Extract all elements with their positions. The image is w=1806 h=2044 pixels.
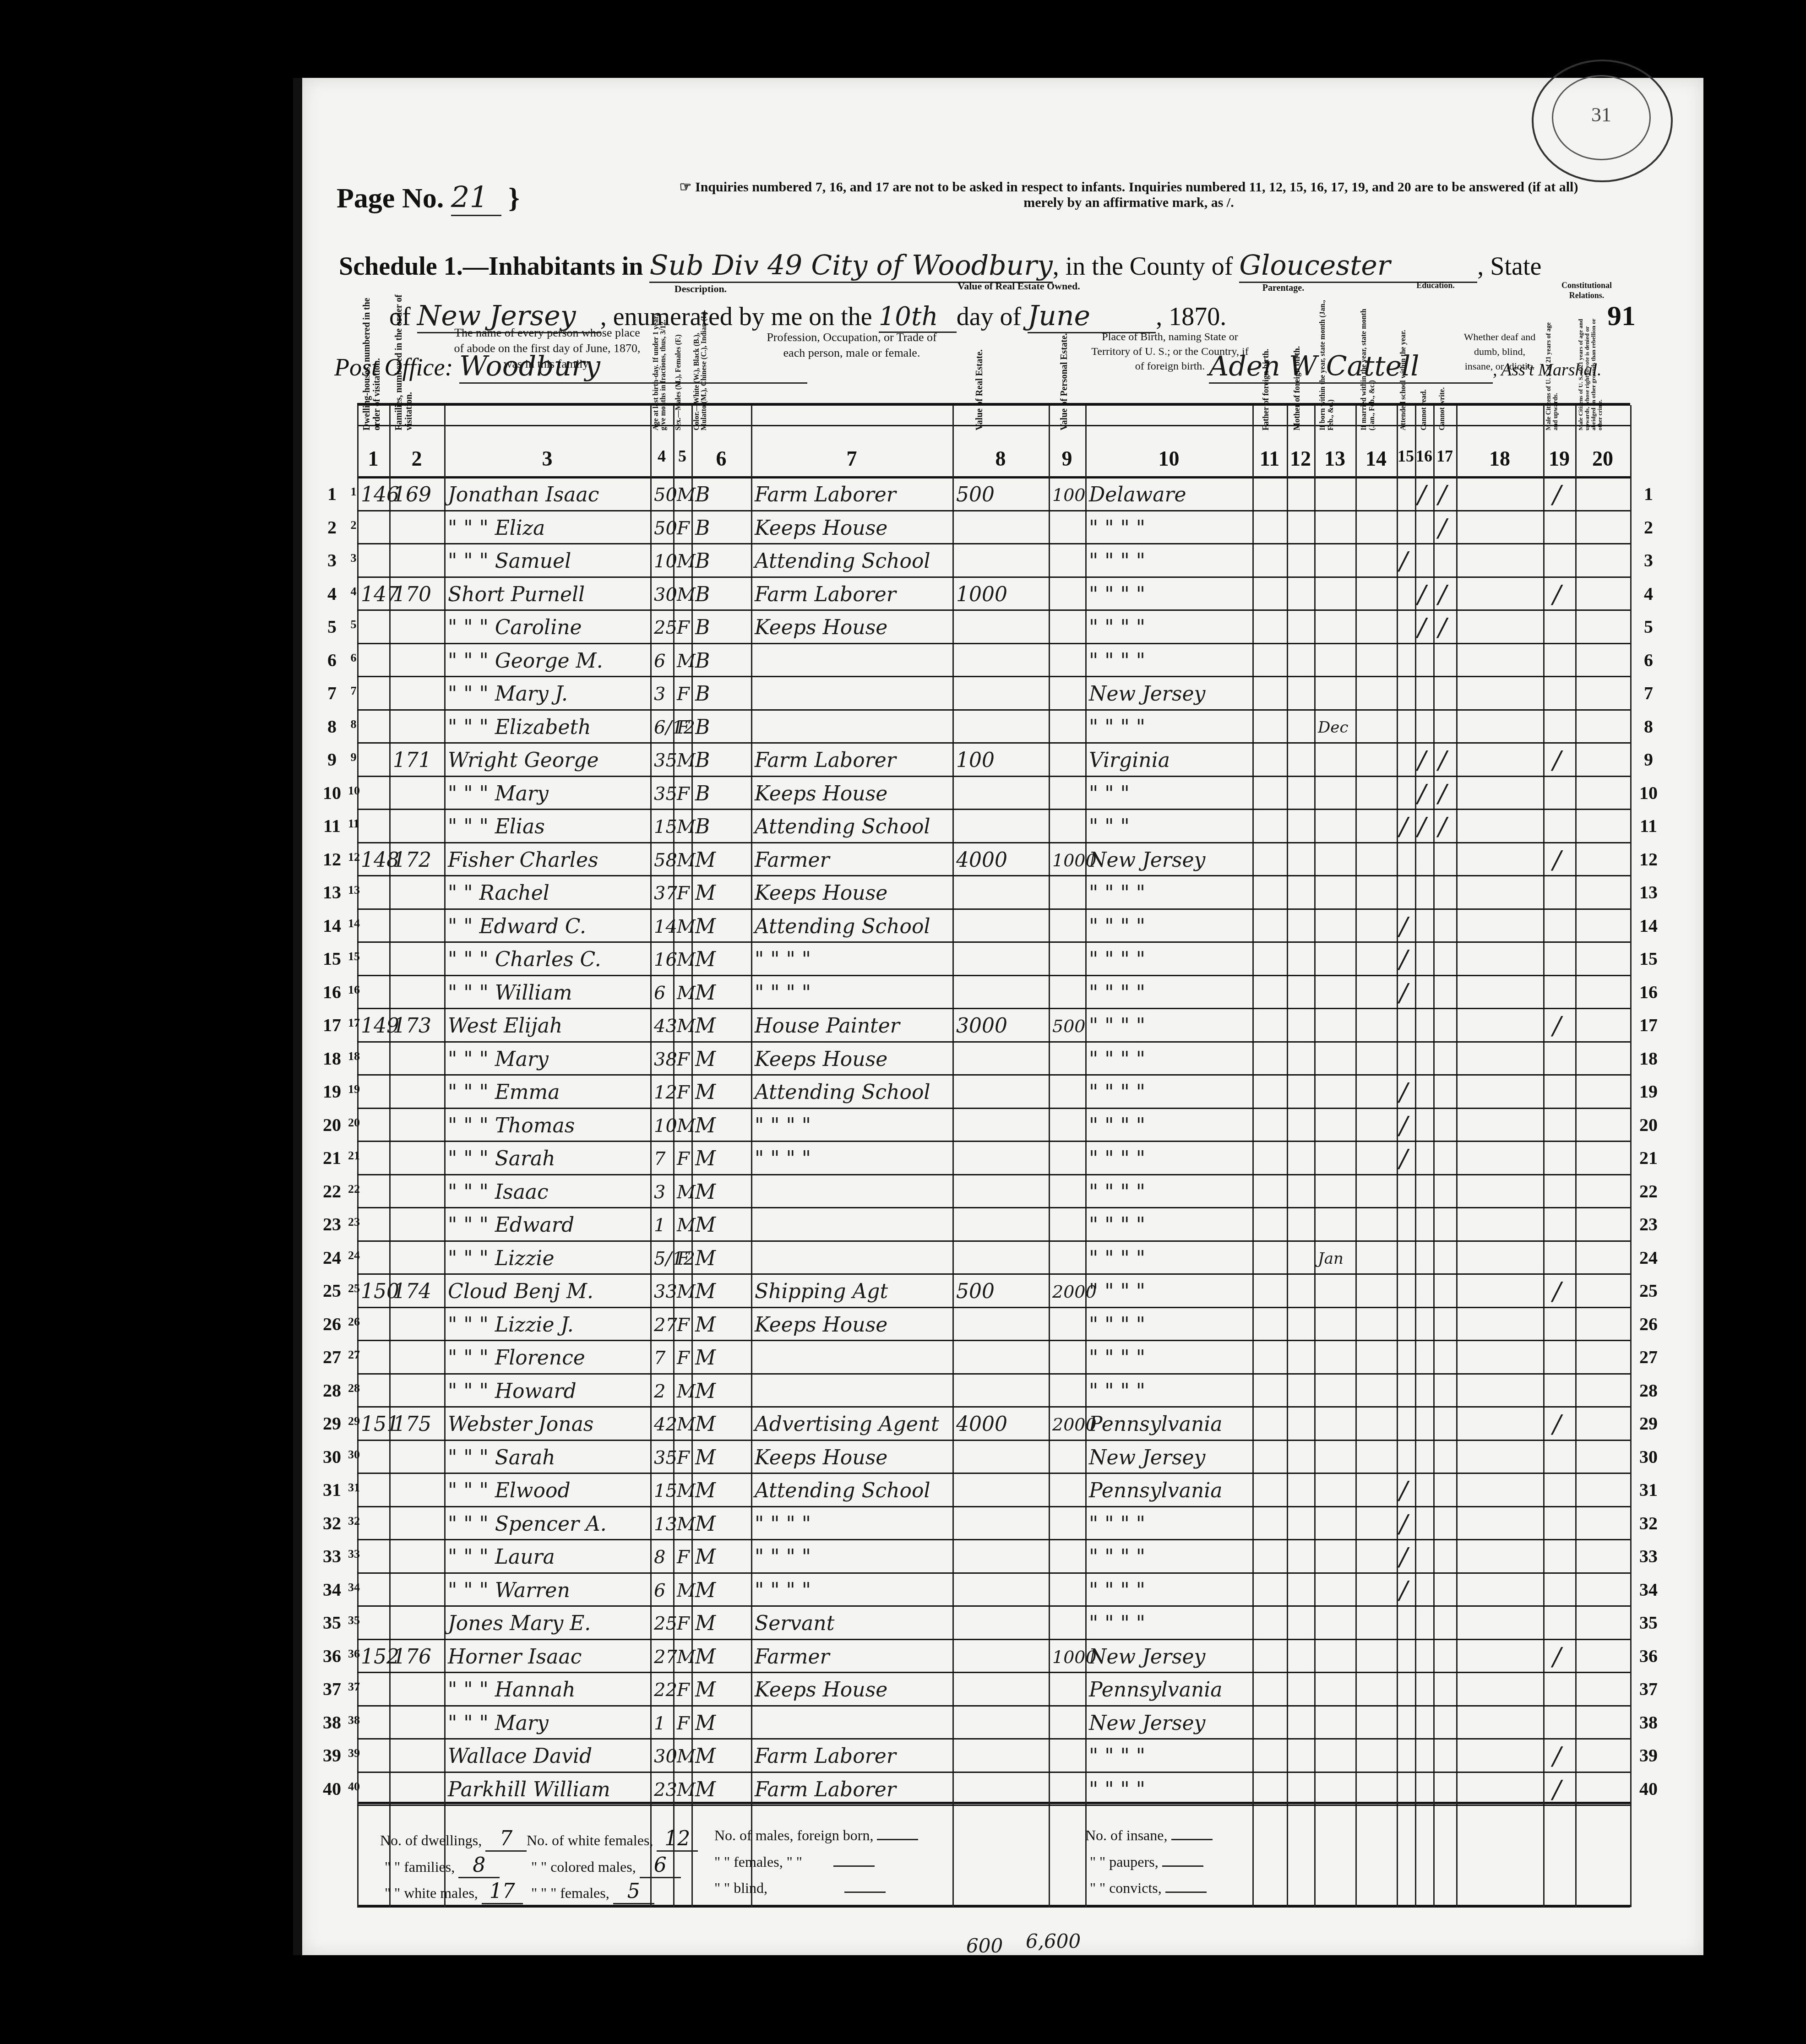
line-number-right: 28 xyxy=(1637,1380,1660,1401)
line-number-right: 10 xyxy=(1637,782,1660,804)
cell-color: M xyxy=(695,1544,716,1571)
cell-school: / xyxy=(1399,979,1408,1007)
cell-birthplace: New Jersey xyxy=(1089,847,1205,874)
cell-occupation: Keeps House xyxy=(755,1311,887,1339)
cell-cannot-write: / xyxy=(1438,481,1447,509)
column-number: 7 xyxy=(751,446,952,471)
cell-school: / xyxy=(1399,946,1408,973)
cell-sex: F xyxy=(677,614,690,641)
line-number-inner: 25 xyxy=(348,1282,359,1295)
header-col-7: Profession, Occupation, or Trade of each… xyxy=(756,330,948,361)
page-number: 21 xyxy=(451,181,501,216)
cell-color: B xyxy=(695,747,710,774)
summary-bottom-rule xyxy=(357,1905,1630,1908)
cell-family: 172 xyxy=(393,847,431,874)
line-number-right: 23 xyxy=(1637,1213,1660,1235)
summary-insane: No. of insane, xyxy=(1085,1827,1213,1844)
cell-age: 37 xyxy=(654,880,677,907)
cell-name: " " " Sarah xyxy=(448,1444,555,1472)
cell-sex: F xyxy=(677,1544,690,1571)
cell-occupation: " " " " xyxy=(755,979,811,1007)
cell-born-month: Jan xyxy=(1318,1245,1344,1272)
line-number-right: 2 xyxy=(1637,516,1660,538)
cell-sex: F xyxy=(677,714,690,741)
cell-name: " " " Hannah xyxy=(448,1676,576,1704)
cell-sex: M xyxy=(677,1577,696,1604)
cell-age: 10 xyxy=(654,1112,677,1140)
line-number-left: 35 xyxy=(321,1612,343,1633)
row-rule xyxy=(357,1639,1630,1640)
cell-citizen: / xyxy=(1553,1776,1561,1804)
cell-name: Jonathan Isaac xyxy=(448,481,599,509)
cell-birthplace: " " " " xyxy=(1089,1212,1145,1239)
cell-birthplace: " " " " xyxy=(1089,548,1145,575)
archive-stamp: 31 xyxy=(1532,60,1673,182)
cell-age: 12 xyxy=(654,1079,677,1106)
cell-age: 38 xyxy=(654,1046,677,1073)
cell-occupation: " " " " xyxy=(755,1112,811,1140)
row-rule xyxy=(357,510,1630,511)
summary-blind: " " blind, xyxy=(714,1880,886,1897)
row-rule xyxy=(357,776,1630,777)
column-divider xyxy=(751,405,752,1907)
line-number-right: 1 xyxy=(1637,483,1660,505)
cell-birthplace: " " " " xyxy=(1089,946,1145,973)
line-number-left: 3 xyxy=(321,549,343,571)
cell-color: B xyxy=(695,548,710,575)
cell-real-estate: 100 xyxy=(956,747,995,774)
line-number-left: 23 xyxy=(321,1213,343,1235)
line-number-right: 30 xyxy=(1637,1446,1660,1468)
group-constitutional: Constitutional Relations. xyxy=(1543,280,1630,300)
cell-cannot-write: / xyxy=(1438,813,1447,841)
cell-real-estate: 500 xyxy=(956,481,995,509)
cell-cannot-write: / xyxy=(1438,780,1447,808)
row-rule xyxy=(357,543,1630,544)
cell-sex: M xyxy=(677,847,696,874)
column-number: 3 xyxy=(444,446,650,471)
cell-color: M xyxy=(695,1278,716,1305)
row-rule xyxy=(357,709,1630,711)
line-number-left: 5 xyxy=(321,616,343,637)
line-number-left: 1 xyxy=(321,483,343,505)
column-number: 19 xyxy=(1543,446,1575,471)
line-number-right: 16 xyxy=(1637,981,1660,1003)
cell-sex: M xyxy=(677,1411,696,1438)
cell-birthplace: New Jersey xyxy=(1089,1710,1205,1737)
line-number-inner: 32 xyxy=(348,1514,359,1528)
cell-citizen: / xyxy=(1553,1278,1561,1305)
cell-citizen: / xyxy=(1553,481,1561,509)
cell-birthplace: " " " " xyxy=(1089,1179,1145,1206)
cell-age: 6 xyxy=(654,1577,665,1604)
cell-citizen: / xyxy=(1553,1743,1561,1770)
line-number-left: 33 xyxy=(321,1545,343,1567)
cell-occupation: Keeps House xyxy=(755,614,887,641)
cell-color: M xyxy=(695,913,716,940)
cell-age: 58 xyxy=(654,847,677,874)
line-number-left: 13 xyxy=(321,881,343,903)
line-number-right: 14 xyxy=(1637,915,1660,936)
line-number-inner: 15 xyxy=(348,950,359,963)
row-rule xyxy=(357,809,1630,810)
cell-birthplace: " " " " xyxy=(1089,714,1145,741)
cell-sex: F xyxy=(677,1444,690,1472)
cell-school: / xyxy=(1399,1112,1408,1140)
cell-age: 25 xyxy=(654,1610,677,1637)
line-number-inner: 29 xyxy=(348,1414,359,1428)
cell-occupation: Keeps House xyxy=(755,1444,887,1472)
cell-cannot-read: / xyxy=(1418,813,1426,841)
cell-birthplace: " " " " xyxy=(1089,1112,1145,1140)
instructions: ☞ Inquiries numbered 7, 16, and 17 are n… xyxy=(614,179,1644,211)
cell-age: 10 xyxy=(654,548,677,575)
line-number-left: 25 xyxy=(321,1280,343,1301)
cell-family: 171 xyxy=(393,747,431,774)
cell-birthplace: New Jersey xyxy=(1089,1643,1205,1671)
cell-real-estate: 4000 xyxy=(956,1411,1007,1438)
line-number-right: 18 xyxy=(1637,1048,1660,1069)
cell-sex: M xyxy=(677,1378,696,1405)
cell-color: M xyxy=(695,1411,716,1438)
cell-age: 8 xyxy=(654,1544,665,1571)
cell-color: B xyxy=(695,614,710,641)
column-divider xyxy=(1355,405,1357,1907)
row-rule xyxy=(357,1605,1630,1607)
cell-sex: M xyxy=(677,913,696,940)
cell-age: 43 xyxy=(654,1012,677,1040)
cell-color: M xyxy=(695,979,716,1007)
line-number-left: 14 xyxy=(321,915,343,936)
line-number-left: 8 xyxy=(321,716,343,737)
cell-color: M xyxy=(695,1112,716,1140)
line-number-left: 18 xyxy=(321,1048,343,1069)
line-number-inner: 27 xyxy=(348,1348,359,1362)
line-number-right: 20 xyxy=(1637,1114,1660,1136)
row-rule xyxy=(357,1008,1630,1009)
header-col-13: If born within the year, state month (Ja… xyxy=(1319,293,1351,430)
column-number: 17 xyxy=(1433,446,1456,466)
cell-real-estate: 1000 xyxy=(956,581,1007,609)
column-number: 18 xyxy=(1456,446,1543,471)
cell-family: 173 xyxy=(393,1012,431,1040)
cell-age: 13 xyxy=(654,1511,677,1538)
cell-age: 7 xyxy=(654,1344,665,1372)
column-divider xyxy=(1397,405,1398,1907)
cell-age: 22 xyxy=(654,1676,677,1704)
cell-color: M xyxy=(695,1643,716,1671)
cell-name: " " Edward C. xyxy=(448,913,586,940)
header-col-9: Value of Personal Estate. xyxy=(1058,307,1076,430)
cell-age: 15 xyxy=(654,813,677,841)
cell-cannot-read: / xyxy=(1418,780,1426,808)
header-col-20: Male Citizens of U. S. of 21 years of ag… xyxy=(1578,311,1628,430)
header-col-15: Attended school within the year. xyxy=(1399,284,1413,430)
cell-name: " " " Mary J. xyxy=(448,680,568,708)
line-number-right: 34 xyxy=(1637,1579,1660,1600)
cell-birthplace: Delaware xyxy=(1089,481,1186,509)
cell-color: M xyxy=(695,1444,716,1472)
cell-sex: F xyxy=(677,1676,690,1704)
line-number-right: 40 xyxy=(1637,1778,1660,1799)
cell-name: Short Purnell xyxy=(448,581,585,609)
cell-cannot-write: / xyxy=(1438,581,1447,609)
stamp-date: 31 xyxy=(1552,75,1651,160)
cell-birthplace: " " " " xyxy=(1089,1610,1145,1637)
cell-occupation: Attending School xyxy=(755,913,930,940)
line-number-right: 22 xyxy=(1637,1180,1660,1202)
cell-cannot-write: / xyxy=(1438,614,1447,641)
line-number-right: 31 xyxy=(1637,1479,1660,1500)
row-rule xyxy=(357,1373,1630,1375)
header-col-10: Place of Birth, naming State or Territor… xyxy=(1090,330,1250,374)
cell-color: B xyxy=(695,680,710,708)
cell-age: 14 xyxy=(654,913,677,940)
summary-families: " " families, 8 xyxy=(385,1854,500,1878)
cell-family: 169 xyxy=(393,481,431,509)
cell-name: " " " Lizzie J. xyxy=(448,1311,574,1339)
cell-sex: F xyxy=(677,780,690,808)
row-rule xyxy=(357,576,1630,578)
group-description: Description. xyxy=(650,283,751,295)
cell-birthplace: New Jersey xyxy=(1089,1444,1205,1472)
day-field: 10th xyxy=(879,302,957,333)
cell-birthplace: New Jersey xyxy=(1089,680,1205,708)
cell-occupation: Keeps House xyxy=(755,880,887,907)
cell-birthplace: " " " " xyxy=(1089,880,1145,907)
cell-school: / xyxy=(1399,1145,1408,1173)
cell-sex: M xyxy=(677,813,696,841)
line-number-left: 31 xyxy=(321,1479,343,1500)
cell-name: Parkhill William xyxy=(448,1776,610,1804)
cell-name: " " " Elias xyxy=(448,813,545,841)
line-number-left: 27 xyxy=(321,1346,343,1368)
line-number-left: 17 xyxy=(321,1014,343,1036)
cell-color: M xyxy=(695,1378,716,1405)
cell-birthplace: " " " " xyxy=(1089,1544,1145,1571)
line-number-left: 39 xyxy=(321,1745,343,1766)
cell-occupation: Attending School xyxy=(755,1477,930,1505)
cell-age: 6 xyxy=(654,979,665,1007)
cell-occupation: Attending School xyxy=(755,548,930,575)
cell-occupation: Farmer xyxy=(755,1643,830,1671)
line-number-right: 15 xyxy=(1637,948,1660,969)
cell-sex: M xyxy=(677,1212,696,1239)
line-number-left: 20 xyxy=(321,1114,343,1136)
column-divider xyxy=(650,405,652,1907)
line-number-left: 32 xyxy=(321,1512,343,1534)
line-number-right: 38 xyxy=(1637,1712,1660,1733)
cell-sex: M xyxy=(677,581,696,609)
cell-sex: M xyxy=(677,1743,696,1770)
cell-age: 50 xyxy=(654,481,677,509)
cell-occupation: Attending School xyxy=(755,1079,930,1106)
cell-color: M xyxy=(695,1212,716,1239)
month-field: June xyxy=(1028,300,1156,333)
row-rule xyxy=(357,941,1630,943)
cell-color: M xyxy=(695,1145,716,1173)
line-number-left: 30 xyxy=(321,1446,343,1468)
line-number-left: 7 xyxy=(321,682,343,704)
cell-age: 16 xyxy=(654,946,677,973)
line-number-left: 11 xyxy=(321,815,343,837)
cell-real-estate: 4000 xyxy=(956,847,1007,874)
line-number-right: 37 xyxy=(1637,1678,1660,1700)
header-col-14: If married within the year, state month … xyxy=(1360,293,1392,430)
row-rule xyxy=(357,1273,1630,1275)
line-number-right: 7 xyxy=(1637,682,1660,704)
row-rule xyxy=(357,1240,1630,1242)
row-rule xyxy=(357,975,1630,976)
line-number-left: 9 xyxy=(321,749,343,770)
header-col-11: Father of foreign birth. xyxy=(1259,307,1278,430)
line-number-inner: 14 xyxy=(348,917,359,930)
cell-birthplace: Virginia xyxy=(1089,747,1170,774)
cell-birthplace: " " " " xyxy=(1089,614,1145,641)
summary-dwellings: No. of dwellings, 7 xyxy=(380,1827,527,1852)
summary-colored-females: " " " females, 5 xyxy=(531,1880,654,1904)
line-number-right: 21 xyxy=(1637,1147,1660,1169)
cell-name: " " " Lizzie xyxy=(448,1245,554,1272)
cell-occupation: Farm Laborer xyxy=(755,481,896,509)
cell-occupation: Farm Laborer xyxy=(755,1743,896,1770)
cell-birthplace: Pennsylvania xyxy=(1089,1411,1223,1438)
line-number-left: 6 xyxy=(321,649,343,671)
row-rule xyxy=(357,1340,1630,1341)
row-rule xyxy=(357,1738,1630,1740)
line-number-left: 21 xyxy=(321,1147,343,1169)
line-number-left: 10 xyxy=(321,782,343,804)
county-field: Gloucester xyxy=(1239,250,1477,283)
cell-sex: M xyxy=(677,481,696,509)
column-divider xyxy=(444,405,446,1907)
cell-sex: F xyxy=(677,1610,690,1637)
line-number-left: 12 xyxy=(321,848,343,870)
line-number-right: 11 xyxy=(1637,815,1660,837)
line-number-left: 24 xyxy=(321,1247,343,1268)
row-rule xyxy=(357,1705,1630,1707)
line-number-right: 39 xyxy=(1637,1745,1660,1766)
cell-color: M xyxy=(695,880,716,907)
cell-occupation: Attending School xyxy=(755,813,930,841)
cell-cannot-write: / xyxy=(1438,515,1447,542)
row-rule xyxy=(357,609,1630,611)
column-number: 9 xyxy=(1049,446,1085,471)
row-rule xyxy=(357,1041,1630,1043)
column-number: 11 xyxy=(1252,446,1287,471)
row-rule xyxy=(357,1406,1630,1408)
column-number: 13 xyxy=(1314,446,1355,471)
cell-birthplace: " " " xyxy=(1089,813,1130,841)
cell-color: M xyxy=(695,1577,716,1604)
cell-citizen: / xyxy=(1553,1012,1561,1040)
header-col-17: Cannot write. xyxy=(1436,321,1452,430)
line-number-inner: 17 xyxy=(348,1016,359,1030)
cell-age: 25 xyxy=(654,614,677,641)
row-rule xyxy=(357,1141,1630,1142)
column-number: 16 xyxy=(1415,446,1433,466)
column-number: 20 xyxy=(1575,446,1630,471)
cell-birthplace: " " " xyxy=(1089,780,1130,808)
cell-color: M xyxy=(695,1676,716,1704)
line-number-left: 37 xyxy=(321,1678,343,1700)
line-number-inner: 26 xyxy=(348,1315,359,1329)
cell-color: M xyxy=(695,1079,716,1106)
cell-school: / xyxy=(1399,813,1408,841)
schedule-line: Schedule 1.—Inhabitants in Sub Div 49 Ci… xyxy=(339,250,1541,283)
row-rule xyxy=(357,1074,1630,1076)
line-number-left: 26 xyxy=(321,1313,343,1335)
cell-color: M xyxy=(695,1245,716,1272)
line-number-right: 36 xyxy=(1637,1645,1660,1667)
line-number-inner: 6 xyxy=(348,651,359,665)
column-number: 1 xyxy=(357,446,389,471)
cell-occupation: " " " " xyxy=(755,1511,811,1538)
cell-cannot-read: / xyxy=(1418,481,1426,509)
cell-birthplace: " " " " xyxy=(1089,1079,1145,1106)
cell-occupation: Farm Laborer xyxy=(755,1776,896,1804)
cell-occupation: Keeps House xyxy=(755,1676,887,1704)
cell-citizen: / xyxy=(1553,581,1561,609)
cell-name: Jones Mary E. xyxy=(448,1610,591,1637)
cell-age: 3 xyxy=(654,1179,665,1206)
cell-name: " " " Elizabeth xyxy=(448,714,591,741)
header-col-1: Dwelling-houses, numbered in the order o… xyxy=(362,293,385,430)
column-number: 15 xyxy=(1397,446,1415,466)
cell-sex: F xyxy=(677,880,690,907)
cell-sex: M xyxy=(677,647,696,675)
cell-sex: F xyxy=(677,1145,690,1173)
line-number-inner: 28 xyxy=(348,1381,359,1395)
cell-birthplace: " " " " xyxy=(1089,1511,1145,1538)
cell-color: M xyxy=(695,1610,716,1637)
row-rule xyxy=(357,1506,1630,1507)
column-divider xyxy=(1252,405,1254,1907)
line-number-left: 36 xyxy=(321,1645,343,1667)
cell-color: M xyxy=(695,847,716,874)
summary-white-females: No. of white females, 12 xyxy=(527,1827,698,1852)
cell-sex: M xyxy=(677,1511,696,1538)
line-number-inner: 5 xyxy=(348,618,359,631)
row-rule xyxy=(357,908,1630,910)
row-rule xyxy=(357,1174,1630,1175)
cell-name: Wallace David xyxy=(448,1743,592,1770)
line-number-right: 32 xyxy=(1637,1512,1660,1534)
cell-age: 42 xyxy=(654,1411,677,1438)
column-divider xyxy=(1085,405,1087,1907)
cell-name: " " " Charles C. xyxy=(448,946,601,973)
cell-birthplace: " " " " xyxy=(1089,1743,1145,1770)
header-col-12: Mother of foreign birth. xyxy=(1290,307,1309,430)
cell-age: 30 xyxy=(654,581,677,609)
cell-age: 23 xyxy=(654,1776,677,1804)
page-number-label: Page No. 21 } xyxy=(337,181,520,216)
line-number-inner: 23 xyxy=(348,1215,359,1229)
cell-citizen: / xyxy=(1553,1411,1561,1438)
line-number-inner: 22 xyxy=(348,1182,359,1196)
line-number-inner: 39 xyxy=(348,1746,359,1760)
cell-real-estate: 3000 xyxy=(956,1012,1007,1040)
column-number: 10 xyxy=(1085,446,1252,471)
line-number-inner: 2 xyxy=(348,518,359,532)
cell-age: 3 xyxy=(654,680,665,708)
cell-sex: M xyxy=(677,1179,696,1206)
row-rule xyxy=(357,1572,1630,1574)
header-col-5: Sex.—Males (M.), Females (F.) xyxy=(675,307,691,430)
cell-birthplace: " " " " xyxy=(1089,1776,1145,1804)
cell-birthplace: " " " " xyxy=(1089,515,1145,542)
line-number-inner: 10 xyxy=(348,784,359,798)
